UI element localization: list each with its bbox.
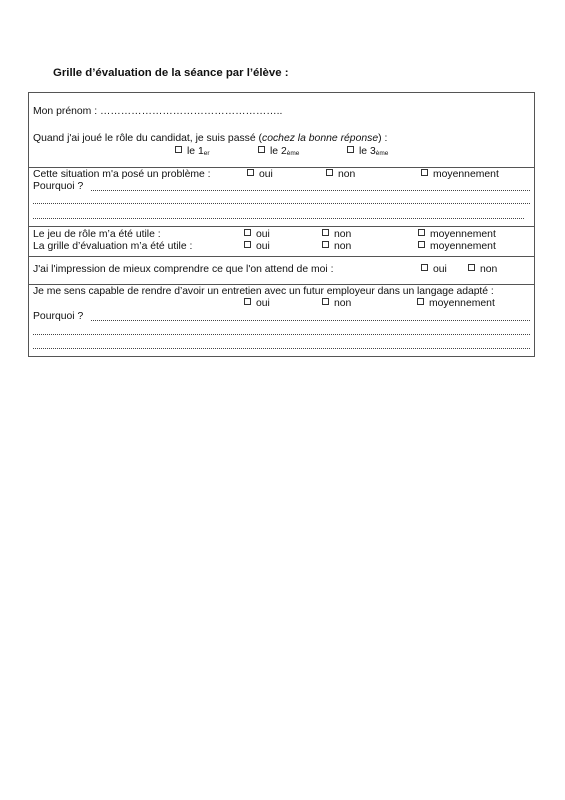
option-suffix: ème bbox=[376, 150, 389, 157]
section-capable: Je me sens capable de rendre d’avoir un … bbox=[29, 284, 534, 356]
checkbox-icon[interactable] bbox=[258, 146, 265, 153]
probleme-option-moyennement[interactable]: moyennement bbox=[421, 169, 499, 181]
probleme-answer-line-1[interactable] bbox=[91, 190, 530, 191]
comprendre-option-oui[interactable]: oui bbox=[421, 264, 447, 276]
checkbox-icon[interactable] bbox=[418, 229, 425, 236]
option-label: moyennement bbox=[429, 298, 495, 309]
jeu-role-question: Le jeu de rôle m’a été utile : bbox=[33, 229, 161, 241]
grille-option-oui[interactable]: oui bbox=[244, 241, 270, 253]
option-label: oui bbox=[256, 298, 270, 309]
option-label: le 3 bbox=[359, 146, 376, 157]
option-label: le 2 bbox=[270, 146, 287, 157]
option-label: non bbox=[334, 241, 351, 252]
capable-why-label: Pourquoi ? bbox=[33, 311, 83, 323]
probleme-answer-line-2[interactable] bbox=[33, 203, 530, 204]
capable-option-oui[interactable]: oui bbox=[244, 298, 270, 310]
grille-question: La grille d’évaluation m’a été utile : bbox=[33, 241, 192, 253]
prenom-label: Mon prénom : bbox=[33, 106, 100, 117]
capable-answer-line-3[interactable] bbox=[33, 348, 530, 349]
capable-answer-line-1[interactable] bbox=[91, 320, 530, 321]
passage-question-hint: cochez la bonne réponse bbox=[262, 133, 378, 144]
section-probleme: Cette situation m'a posé un problème : o… bbox=[29, 167, 534, 227]
checkbox-icon[interactable] bbox=[175, 146, 182, 153]
checkbox-icon[interactable] bbox=[347, 146, 354, 153]
checkbox-icon[interactable] bbox=[244, 241, 251, 248]
option-le-3eme[interactable]: le 3ème bbox=[347, 146, 388, 160]
jeu-role-option-oui[interactable]: oui bbox=[244, 229, 270, 241]
page-title: Grille d’évaluation de la séance par l’é… bbox=[53, 67, 289, 79]
checkbox-icon[interactable] bbox=[418, 241, 425, 248]
checkbox-icon[interactable] bbox=[322, 241, 329, 248]
probleme-why-label: Pourquoi ? bbox=[33, 181, 83, 193]
option-label: moyennement bbox=[430, 229, 496, 240]
jeu-role-option-moyennement[interactable]: moyennement bbox=[418, 229, 496, 241]
option-le-1er[interactable]: le 1er bbox=[175, 146, 210, 160]
evaluation-grid: Mon prénom : …………………………………………….. Quand j… bbox=[28, 92, 535, 357]
option-label: oui bbox=[256, 241, 270, 252]
checkbox-icon[interactable] bbox=[326, 169, 333, 176]
option-label: moyennement bbox=[430, 241, 496, 252]
jeu-role-option-non[interactable]: non bbox=[322, 229, 351, 241]
option-label: non bbox=[334, 298, 351, 309]
probleme-option-oui[interactable]: oui bbox=[247, 169, 273, 181]
checkbox-icon[interactable] bbox=[421, 169, 428, 176]
section-comprendre: J'ai l'impression de mieux comprendre ce… bbox=[29, 256, 534, 285]
option-label: non bbox=[334, 229, 351, 240]
checkbox-icon[interactable] bbox=[247, 169, 254, 176]
checkbox-icon[interactable] bbox=[322, 298, 329, 305]
option-label: oui bbox=[433, 264, 447, 275]
option-suffix: er bbox=[204, 150, 210, 157]
checkbox-icon[interactable] bbox=[468, 264, 475, 271]
passage-question-end: ) : bbox=[378, 133, 387, 144]
section-prenom: Mon prénom : …………………………………………….. Quand j… bbox=[29, 93, 534, 168]
passage-question-text: Quand j'ai joué le rôle du candidat, je … bbox=[33, 133, 262, 144]
checkbox-icon[interactable] bbox=[322, 229, 329, 236]
passage-question: Quand j'ai joué le rôle du candidat, je … bbox=[33, 133, 387, 145]
capable-option-non[interactable]: non bbox=[322, 298, 351, 310]
option-label: oui bbox=[259, 169, 273, 180]
option-label: le 1 bbox=[187, 146, 204, 157]
comprendre-question: J'ai l'impression de mieux comprendre ce… bbox=[33, 264, 334, 276]
prenom-field[interactable]: Mon prénom : …………………………………………….. bbox=[33, 106, 282, 118]
option-label: moyennement bbox=[433, 169, 499, 180]
prenom-dots: …………………………………………….. bbox=[100, 106, 282, 117]
option-suffix: ème bbox=[287, 150, 300, 157]
checkbox-icon[interactable] bbox=[244, 229, 251, 236]
probleme-question: Cette situation m'a posé un problème : bbox=[33, 169, 211, 181]
probleme-option-non[interactable]: non bbox=[326, 169, 355, 181]
section-utile: Le jeu de rôle m’a été utile : oui non m… bbox=[29, 226, 534, 257]
checkbox-icon[interactable] bbox=[417, 298, 424, 305]
option-label: non bbox=[338, 169, 355, 180]
checkbox-icon[interactable] bbox=[421, 264, 428, 271]
grille-option-moyennement[interactable]: moyennement bbox=[418, 241, 496, 253]
capable-question: Je me sens capable de rendre d’avoir un … bbox=[33, 286, 494, 298]
probleme-answer-line-3[interactable] bbox=[33, 218, 524, 219]
grille-option-non[interactable]: non bbox=[322, 241, 351, 253]
comprendre-option-non[interactable]: non bbox=[468, 264, 497, 276]
option-le-2eme[interactable]: le 2ème bbox=[258, 146, 299, 160]
checkbox-icon[interactable] bbox=[244, 298, 251, 305]
option-label: oui bbox=[256, 229, 270, 240]
capable-option-moyennement[interactable]: moyennement bbox=[417, 298, 495, 310]
option-label: non bbox=[480, 264, 497, 275]
capable-answer-line-2[interactable] bbox=[33, 334, 530, 335]
